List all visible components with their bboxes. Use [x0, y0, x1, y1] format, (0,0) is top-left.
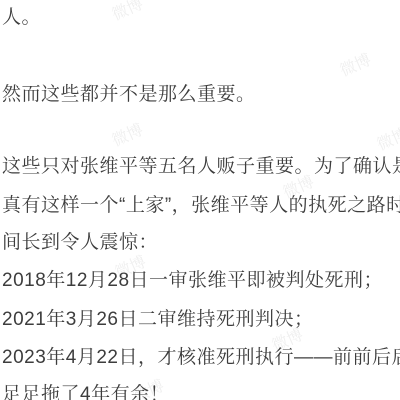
article-page: 微博 微博 微博 微博 微博 微博 微博 微博 人。 然而这些都并不是那么重要。…: [0, 0, 400, 400]
text-line-paragraph-traffickers-2: 真有这样一个“上家”，张维平等人的执死之路时: [2, 194, 400, 218]
weibo-watermark: 微博: [108, 0, 147, 25]
text-line-sentence-end: 人。: [2, 6, 41, 30]
weibo-watermark: 微博: [336, 47, 375, 81]
weibo-watermark: 微博: [373, 121, 400, 155]
text-line-date-2021: 2021年3月26日二审维持死刑判决；: [2, 308, 313, 332]
text-line-date-2023: 2023年4月22日，才核准死刑执行——前前后后: [2, 346, 400, 370]
text-line-conclusion: 足足拖了4年有余！: [2, 383, 169, 400]
text-line-paragraph-traffickers-3: 间长到令人震惊：: [2, 231, 158, 255]
text-line-date-2018: 2018年12月28日一审张维平即被判处死刑；: [2, 269, 383, 293]
text-line-paragraph-traffickers-1: 这些只对张维平等五名人贩子重要。为了确认是否: [2, 155, 400, 179]
text-line-paragraph-however: 然而这些都并不是那么重要。: [2, 83, 256, 107]
weibo-watermark: 微博: [108, 117, 147, 151]
